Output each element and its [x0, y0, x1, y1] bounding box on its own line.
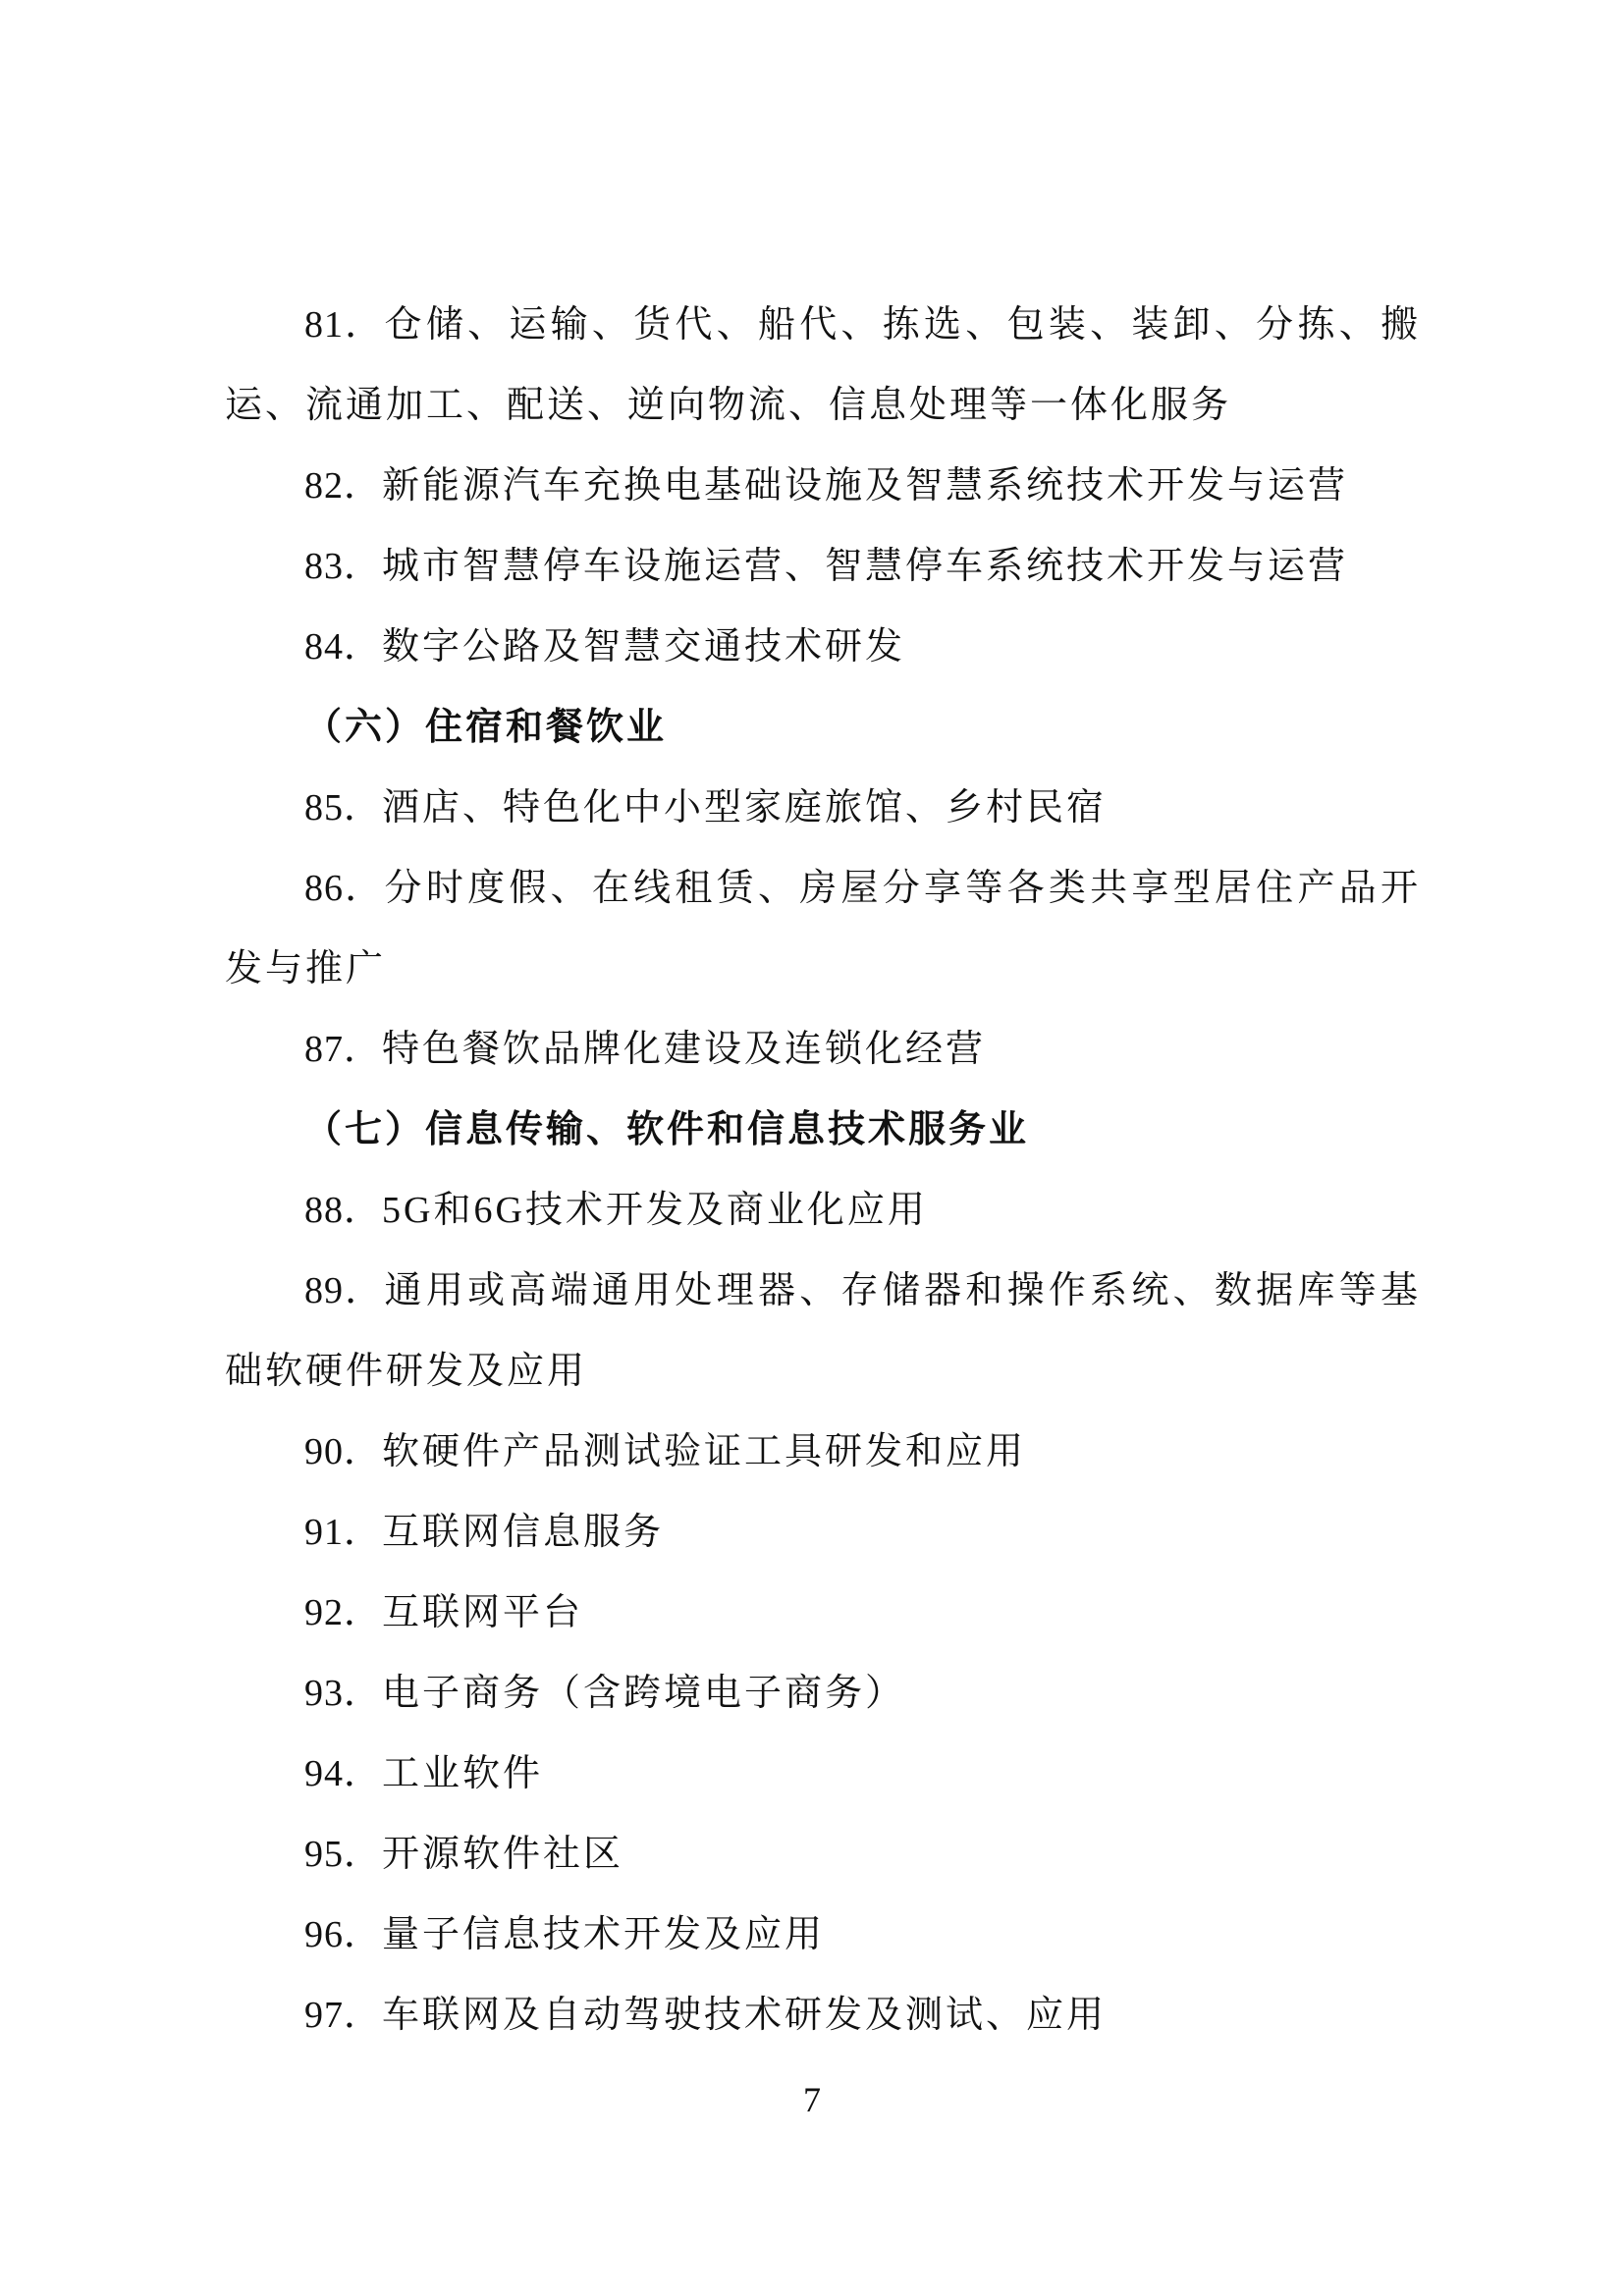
item-number: 91． — [304, 1512, 382, 1553]
list-item-91: 91．互联网信息服务 — [225, 1492, 1421, 1573]
list-item-81: 81．仓储、运输、货代、船代、拣选、包装、装卸、分拣、搬运、流通加工、配送、逆向… — [225, 285, 1421, 446]
item-number: 89． — [304, 1270, 385, 1311]
list-item-97: 97．车联网及自动驾驶技术研发及测试、应用 — [225, 1975, 1421, 2056]
list-item-89: 89．通用或高端通用处理器、存储器和操作系统、数据库等基础软硬件研发及应用 — [225, 1251, 1421, 1412]
item-number: 87． — [304, 1029, 382, 1070]
list-item-88: 88．5G和6G技术开发及商业化应用 — [225, 1170, 1421, 1251]
item-text: 通用或高端通用处理器、存储器和操作系统、数据库等基础软硬件研发及应用 — [225, 1270, 1421, 1392]
item-text: 城市智慧停车设施运营、智慧停车系统技术开发与运营 — [382, 546, 1348, 587]
item-text: 分时度假、在线租赁、房屋分享等各类共享型居住产品开发与推广 — [225, 868, 1421, 989]
section-heading-7: （七）信息传输、软件和信息技术服务业 — [225, 1090, 1421, 1170]
list-item-83: 83．城市智慧停车设施运营、智慧停车系统技术开发与运营 — [225, 526, 1421, 607]
item-number: 84． — [304, 626, 382, 667]
item-number: 81． — [304, 304, 385, 346]
item-text: 酒店、特色化中小型家庭旅馆、乡村民宿 — [382, 787, 1107, 828]
item-text: 开源软件社区 — [382, 1834, 623, 1875]
item-text: 软硬件产品测试验证工具研发和应用 — [382, 1431, 1026, 1472]
item-text: 互联网信息服务 — [382, 1512, 664, 1553]
item-number: 97． — [304, 1995, 382, 2036]
list-item-87: 87．特色餐饮品牌化建设及连锁化经营 — [225, 1009, 1421, 1090]
item-number: 96． — [304, 1914, 382, 1955]
list-item-96: 96．量子信息技术开发及应用 — [225, 1895, 1421, 1975]
list-item-90: 90．软硬件产品测试验证工具研发和应用 — [225, 1412, 1421, 1492]
item-number: 92． — [304, 1592, 382, 1633]
item-text: 量子信息技术开发及应用 — [382, 1914, 825, 1955]
item-text: 数字公路及智慧交通技术研发 — [382, 626, 905, 667]
list-item-86: 86．分时度假、在线租赁、房屋分享等各类共享型居住产品开发与推广 — [225, 848, 1421, 1009]
item-number: 82． — [304, 465, 382, 507]
page-number: 7 — [0, 2079, 1624, 2120]
item-number: 90． — [304, 1431, 382, 1472]
item-text: 5G和6G技术开发及商业化应用 — [382, 1190, 928, 1231]
list-item-82: 82．新能源汽车充换电基础设施及智慧系统技术开发与运营 — [225, 446, 1421, 526]
document-page: 81．仓储、运输、货代、船代、拣选、包装、装卸、分拣、搬运、流通加工、配送、逆向… — [0, 0, 1624, 2296]
list-item-92: 92．互联网平台 — [225, 1573, 1421, 1653]
list-item-93: 93．电子商务（含跨境电子商务） — [225, 1653, 1421, 1734]
item-text: 仓储、运输、货代、船代、拣选、包装、装卸、分拣、搬运、流通加工、配送、逆向物流、… — [225, 304, 1421, 426]
list-item-95: 95．开源软件社区 — [225, 1814, 1421, 1895]
item-number: 85． — [304, 787, 382, 828]
list-item-94: 94．工业软件 — [225, 1734, 1421, 1814]
item-number: 83． — [304, 546, 382, 587]
list-item-85: 85．酒店、特色化中小型家庭旅馆、乡村民宿 — [225, 768, 1421, 848]
item-text: 互联网平台 — [382, 1592, 583, 1633]
list-item-84: 84．数字公路及智慧交通技术研发 — [225, 607, 1421, 687]
item-number: 93． — [304, 1673, 382, 1714]
item-number: 95． — [304, 1834, 382, 1875]
section-heading-6: （六）住宿和餐饮业 — [225, 687, 1421, 768]
item-number: 86． — [304, 868, 385, 909]
item-text: 新能源汽车充换电基础设施及智慧系统技术开发与运营 — [382, 465, 1348, 507]
item-text: 车联网及自动驾驶技术研发及测试、应用 — [382, 1995, 1107, 2036]
item-number: 88． — [304, 1190, 382, 1231]
item-text: 工业软件 — [382, 1753, 543, 1794]
item-text: 特色餐饮品牌化建设及连锁化经营 — [382, 1029, 986, 1070]
item-text: 电子商务（含跨境电子商务） — [382, 1673, 905, 1714]
item-number: 94． — [304, 1753, 382, 1794]
body-text: 81．仓储、运输、货代、船代、拣选、包装、装卸、分拣、搬运、流通加工、配送、逆向… — [225, 285, 1421, 2056]
